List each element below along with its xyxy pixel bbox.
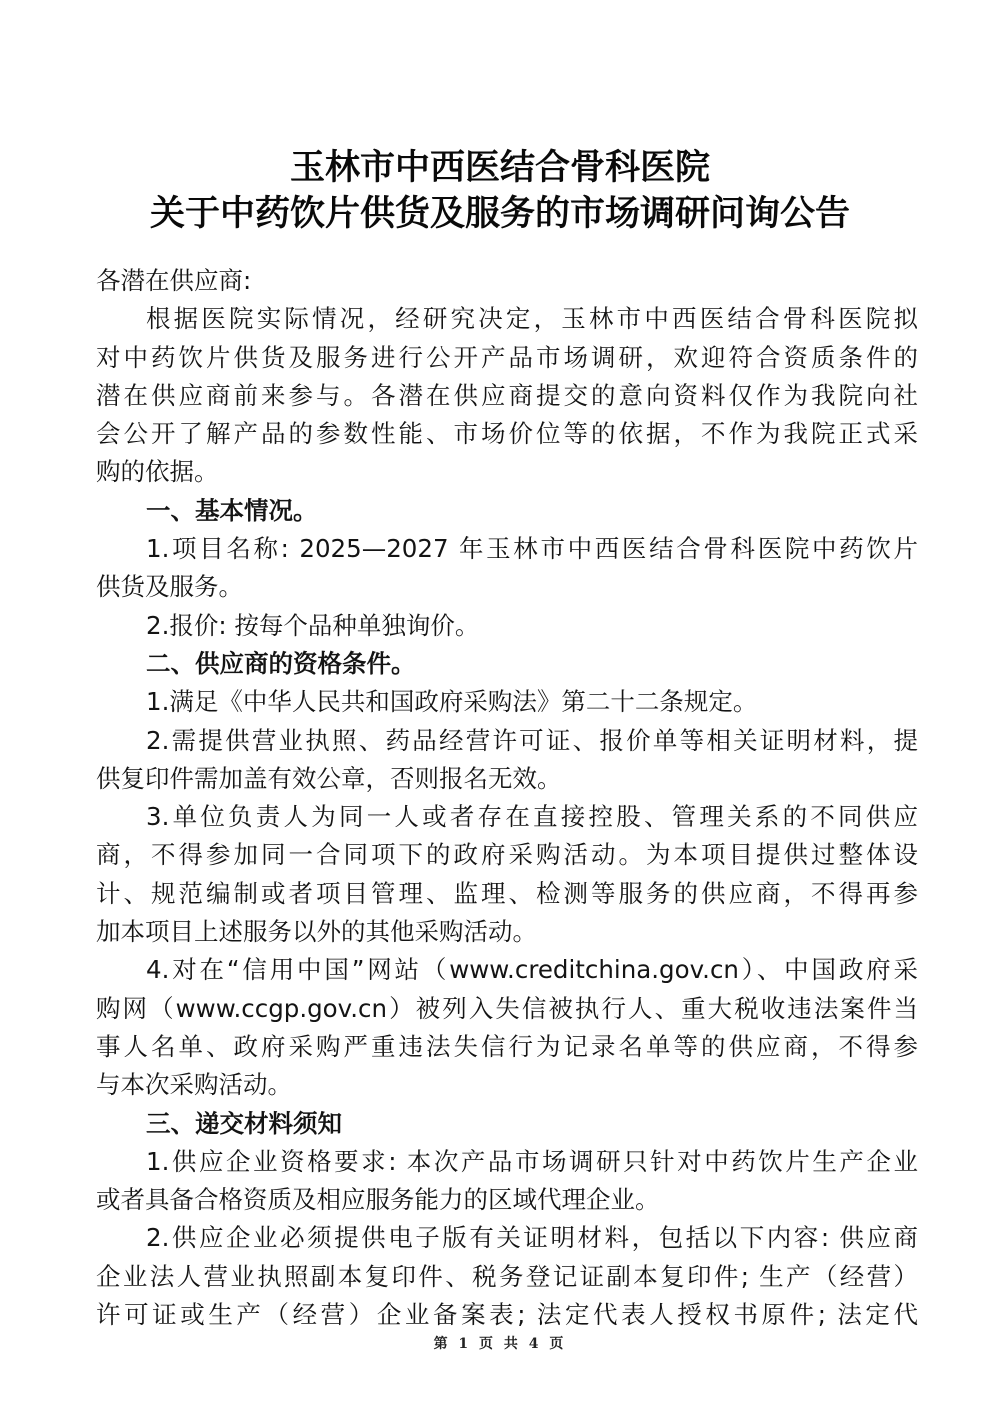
document-body: 各潜在供应商: 根据医院实际情况，经研究决定，玉林市中西医结合骨科医院拟 对中药…	[96, 262, 918, 1334]
paragraph-line: 1.满足《中华人民共和国政府采购法》第二十二条规定。	[96, 683, 918, 721]
paragraph-line: 1.供应企业资格要求: 本次产品市场调研只针对中药饮片生产企业	[96, 1143, 918, 1181]
paragraph-line: 会公开了解产品的参数性能、市场价位等的依据，不作为我院正式采	[96, 415, 918, 453]
document-title-line-1: 玉林市中西医结合骨科医院	[0, 140, 1000, 190]
paragraph-line: 企业法人营业执照副本复印件、税务登记证副本复印件; 生产（经营）	[96, 1258, 918, 1296]
section-heading-qualifications: 二、供应商的资格条件。	[96, 645, 918, 683]
section-2-item-2: 2.需提供营业执照、药品经营许可证、报价单等相关证明材料，提 供复印件需加盖有效…	[96, 722, 918, 799]
intro-paragraph: 根据医院实际情况，经研究决定，玉林市中西医结合骨科医院拟 对中药饮片供货及服务进…	[96, 300, 918, 491]
paragraph-line: 1.项目名称: 2025—2027 年玉林市中西医结合骨科医院中药饮片	[96, 530, 918, 568]
paragraph-line: 购网（www.ccgp.gov.cn）被列入失信被执行人、重大税收违法案件当	[96, 990, 918, 1028]
paragraph-line: 许可证或生产（经营）企业备案表; 法定代表人授权书原件; 法定代	[96, 1296, 918, 1334]
page-number-footer: 第 1 页 共 4 页	[0, 1333, 1000, 1353]
paragraph-line: 或者具备合格资质及相应服务能力的区域代理企业。	[96, 1181, 918, 1219]
paragraph-line: 潜在供应商前来参与。各潜在供应商提交的意向资料仅作为我院向社	[96, 377, 918, 415]
section-heading-submission: 三、递交材料须知	[96, 1105, 918, 1143]
section-3-item-2: 2.供应企业必须提供电子版有关证明材料，包括以下内容: 供应商 企业法人营业执照…	[96, 1219, 918, 1334]
paragraph-line: 2.供应企业必须提供电子版有关证明材料，包括以下内容: 供应商	[96, 1219, 918, 1257]
paragraph-line: 商，不得参加同一合同项下的政府采购活动。为本项目提供过整体设	[96, 836, 918, 874]
paragraph-line: 根据医院实际情况，经研究决定，玉林市中西医结合骨科医院拟	[96, 300, 918, 338]
salutation: 各潜在供应商:	[96, 262, 918, 300]
paragraph-line: 2.报价: 按每个品种单独询价。	[96, 607, 918, 645]
section-1-item-1: 1.项目名称: 2025—2027 年玉林市中西医结合骨科医院中药饮片 供货及服…	[96, 530, 918, 607]
section-2-item-3: 3.单位负责人为同一人或者存在直接控股、管理关系的不同供应 商，不得参加同一合同…	[96, 798, 918, 951]
paragraph-line: 对中药饮片供货及服务进行公开产品市场调研，欢迎符合资质条件的	[96, 339, 918, 377]
paragraph-line: 与本次采购活动。	[96, 1066, 918, 1104]
paragraph-line: 3.单位负责人为同一人或者存在直接控股、管理关系的不同供应	[96, 798, 918, 836]
paragraph-line: 计、规范编制或者项目管理、监理、检测等服务的供应商，不得再参	[96, 875, 918, 913]
paragraph-line: 加本项目上述服务以外的其他采购活动。	[96, 913, 918, 951]
document-title-line-2: 关于中药饮片供货及服务的市场调研问询公告	[0, 186, 1000, 236]
section-3-item-1: 1.供应企业资格要求: 本次产品市场调研只针对中药饮片生产企业 或者具备合格资质…	[96, 1143, 918, 1220]
paragraph-line: 购的依据。	[96, 453, 918, 491]
section-2-item-1: 1.满足《中华人民共和国政府采购法》第二十二条规定。	[96, 683, 918, 721]
section-1-item-2: 2.报价: 按每个品种单独询价。	[96, 607, 918, 645]
section-heading-basic-info: 一、基本情况。	[96, 492, 918, 530]
document-page: 玉林市中西医结合骨科医院 关于中药饮片供货及服务的市场调研问询公告 各潜在供应商…	[0, 0, 1000, 1426]
paragraph-line: 4.对在“信用中国”网站（www.creditchina.gov.cn）、中国政…	[96, 951, 918, 989]
paragraph-line: 2.需提供营业执照、药品经营许可证、报价单等相关证明材料，提	[96, 722, 918, 760]
section-2-item-4: 4.对在“信用中国”网站（www.creditchina.gov.cn）、中国政…	[96, 951, 918, 1104]
paragraph-line: 事人名单、政府采购严重违法失信行为记录名单等的供应商，不得参	[96, 1028, 918, 1066]
paragraph-line: 供复印件需加盖有效公章，否则报名无效。	[96, 760, 918, 798]
paragraph-line: 供货及服务。	[96, 568, 918, 606]
